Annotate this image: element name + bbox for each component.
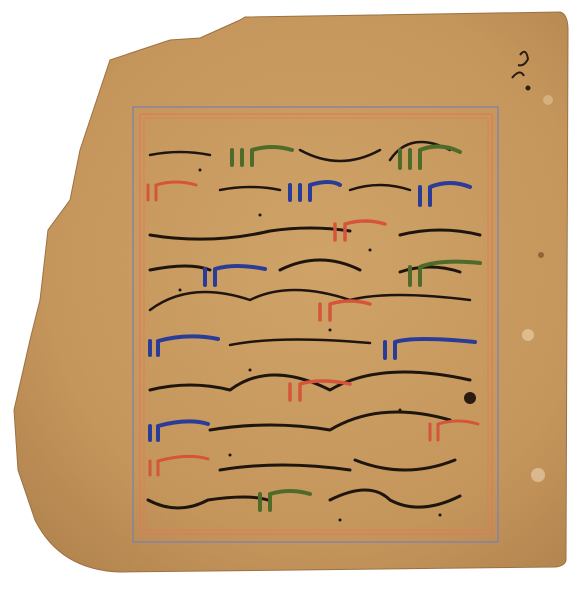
manuscript-photo <box>0 0 577 591</box>
paper-leaf <box>14 12 568 572</box>
manuscript-illustration <box>0 0 577 591</box>
